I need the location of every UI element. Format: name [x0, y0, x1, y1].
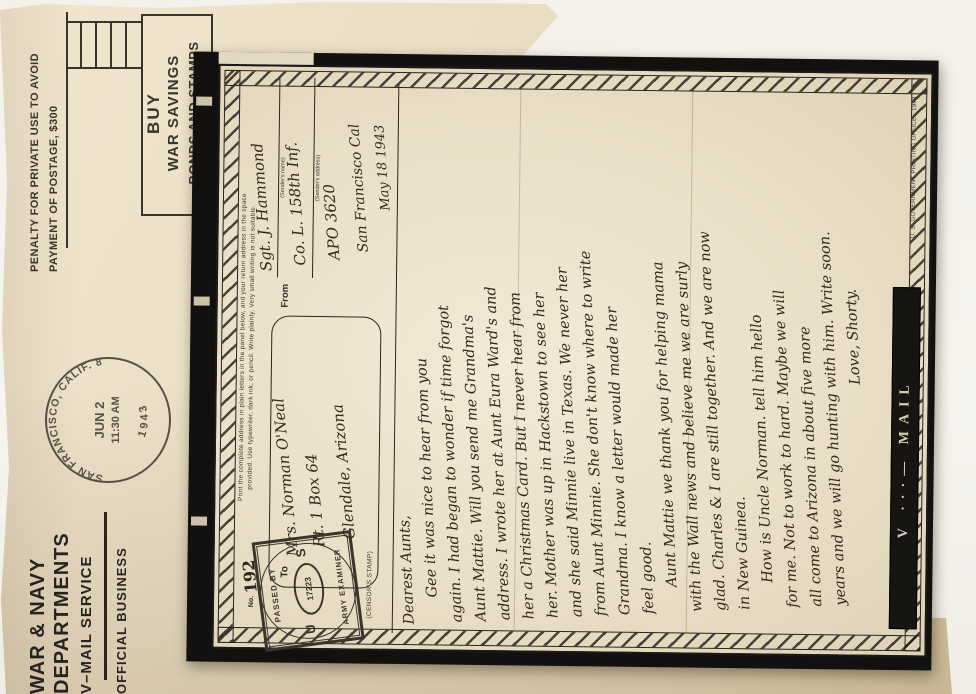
sender-address-caption: (Sender's address) — [314, 78, 322, 278]
corner-card-rule — [104, 512, 107, 680]
vmail-logo-bar: V ···— MAIL — [889, 287, 921, 629]
film-sprocket-mark — [196, 97, 212, 106]
vmail-photostat: Print the complete address in plain lett… — [186, 51, 938, 670]
film-sprocket-mark — [194, 296, 210, 305]
from-apo: APO 3620 — [320, 183, 344, 260]
indicia-top-line — [66, 21, 142, 23]
postmark: SAN FRANCISCO, CALIF. 8 1943 JUN 2 11:30… — [38, 350, 178, 490]
to-address-panel: To Mrs. Norman O'Neal Rt. 1 Box 64 Glend… — [268, 315, 381, 588]
postmark-date: JUN 2 — [92, 402, 107, 439]
cancel-bar — [80, 21, 82, 67]
indicia-left-line — [66, 12, 68, 248]
from-label: From — [280, 284, 291, 308]
censor-letter-u: U — [303, 624, 319, 635]
film-sprocket-mark — [191, 516, 207, 525]
corner-card-official-business: OFFICIAL BUSINESS — [114, 474, 129, 694]
stamp-line-war-savings: WAR SAVINGS — [164, 17, 184, 209]
stamp-line-buy: BUY — [144, 17, 164, 209]
from-sender-unit: Co. L. 158th Inf. — [282, 141, 309, 266]
cancel-bar — [125, 21, 127, 67]
to-line-name: Mrs. Norman O'Neal — [269, 397, 302, 557]
scanned-vmail-letter: { "envelope": { "penalty_line1": "PENALT… — [0, 0, 976, 694]
letter-body: Dearest Aunts, Gee it was nice to hear f… — [374, 65, 877, 625]
to-label: To — [279, 566, 290, 578]
corner-card: WAR & NAVY DEPARTMENTS V–MAIL SERVICE OF… — [26, 474, 162, 694]
to-line-street: Rt. 1 Box 64 — [302, 453, 329, 548]
indicia-mid-line — [66, 67, 142, 69]
corner-card-vmail-service: V–MAIL SERVICE — [77, 474, 97, 694]
from-sender-name: Sgt. J. Hammond — [248, 142, 276, 272]
postmark-arc-bottom: 1943 — [136, 401, 151, 439]
to-line-city: Glendale, Arizona — [328, 403, 358, 540]
corner-card-war-navy: WAR & NAVY — [26, 474, 50, 694]
from-city: San Francisco Cal — [346, 123, 372, 253]
corner-card-departments: DEPARTMENTS — [50, 474, 74, 694]
penalty-line-2: PAYMENT OF POSTAGE, $300 — [45, 17, 64, 272]
svg-text:1943: 1943 — [136, 401, 151, 439]
vmail-logo-text: V ···— MAIL — [896, 378, 914, 538]
serial-number-label: No. — [248, 596, 255, 607]
cancel-bar — [95, 21, 97, 67]
penalty-notice: PENALTY FOR PRIVATE USE TO AVOID PAYMENT… — [26, 17, 66, 272]
postmark-svg: SAN FRANCISCO, CALIF. 8 1943 JUN 2 11:30… — [38, 350, 178, 490]
penalty-line-1: PENALTY FOR PRIVATE USE TO AVOID — [26, 17, 45, 272]
cancel-bar — [110, 21, 112, 67]
postmark-time: 11:30 AM — [110, 396, 122, 443]
vmail-form: Print the complete address in plain lett… — [211, 64, 933, 658]
